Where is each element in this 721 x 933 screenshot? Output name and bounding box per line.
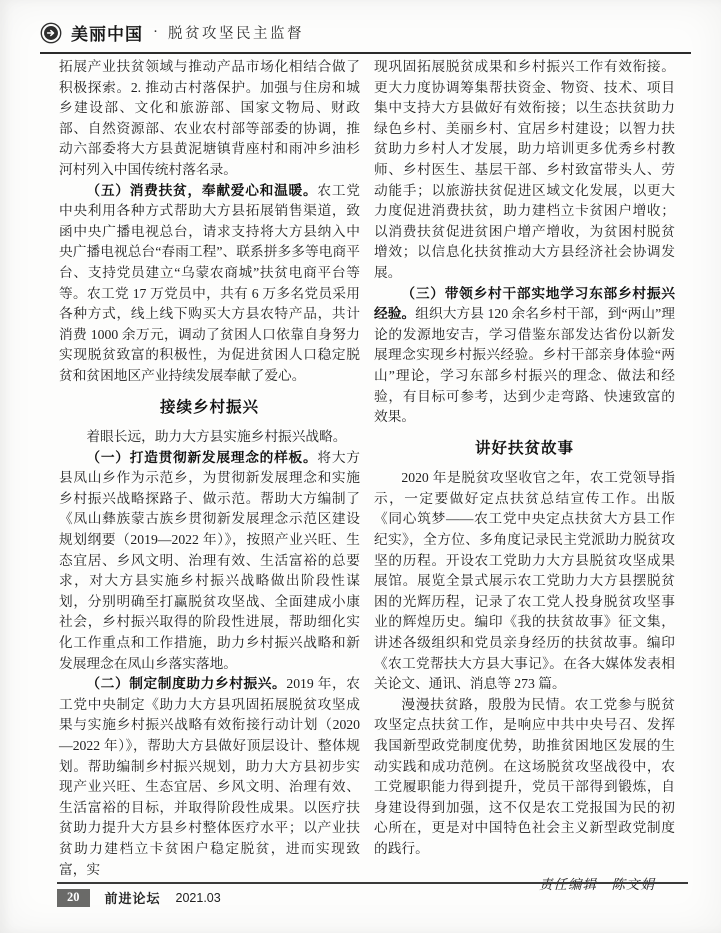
page-header: 美丽中国 · 脱贫攻坚民主监督 bbox=[40, 20, 691, 54]
section-heading: 接续乡村振兴 bbox=[59, 398, 360, 419]
issue-number: 2021.03 bbox=[176, 891, 221, 905]
page-number: 20 bbox=[57, 889, 90, 907]
journal-name: 前进论坛 bbox=[105, 888, 161, 907]
page-footer: 20 前进论坛 2021.03 bbox=[57, 882, 688, 907]
body-paragraph: 2020 年是脱贫攻坚收官之年，农工党领导指示，一定要做好定点扶贫总结宣传工作。… bbox=[374, 468, 675, 695]
right-column: 现巩固拓展脱贫成果和乡村振兴工作有效衔接。更大力度协调筹集帮扶资金、物资、技术、… bbox=[374, 57, 675, 895]
body-paragraph: 着眼长远，助力大方县实施乡村振兴战略。 bbox=[59, 427, 360, 448]
section-title: 脱贫攻坚民主监督 bbox=[168, 22, 304, 43]
header-separator: · bbox=[153, 24, 158, 41]
body-paragraph: 拓展产业扶贫领域与推动产品市场化相结合做了积极探索。2. 推动古村落保护。加强与… bbox=[59, 57, 360, 181]
paragraph-lead: （五）消费扶贫，奉献爱心和温暖。 bbox=[86, 183, 317, 198]
section-heading: 讲好扶贫故事 bbox=[374, 439, 675, 460]
journal-page: 美丽中国 · 脱贫攻坚民主监督 拓展产业扶贫领域与推动产品市场化相结合做了积极探… bbox=[0, 0, 721, 933]
body-paragraph: （二）制定制度助力乡村振兴。2019 年，农工党中央制定《助力大方县巩固拓展脱贫… bbox=[59, 674, 360, 880]
arrow-circle-icon bbox=[40, 22, 62, 44]
brand-title: 美丽中国 bbox=[71, 20, 143, 45]
paragraph-lead: （三）带领乡村干部实地学习东部乡村振兴经验。 bbox=[374, 286, 675, 322]
body-paragraph: （一）打造贯彻新发展理念的样板。将大方县凤山乡作为示范乡，为贯彻新发展理念和实施… bbox=[59, 448, 360, 675]
paragraph-lead: （一）打造贯彻新发展理念的样板。 bbox=[86, 450, 317, 465]
body-paragraph: （五）消费扶贫，奉献爱心和温暖。农工党中央利用各种方式帮助大方县拓展销售渠道，致… bbox=[59, 181, 360, 387]
article-body: 拓展产业扶贫领域与推动产品市场化相结合做了积极探索。2. 推动古村落保护。加强与… bbox=[59, 57, 675, 895]
body-paragraph: 现巩固拓展脱贫成果和乡村振兴工作有效衔接。更大力度协调筹集帮扶资金、物资、技术、… bbox=[374, 57, 675, 284]
left-column: 拓展产业扶贫领域与推动产品市场化相结合做了积极探索。2. 推动古村落保护。加强与… bbox=[59, 57, 360, 895]
body-paragraph: 漫漫扶贫路，殷殷为民情。农工党参与脱贫攻坚定点扶贫工作，是响应中共中央号召、发挥… bbox=[374, 695, 675, 860]
paragraph-lead: （二）制定制度助力乡村振兴。 bbox=[86, 676, 286, 691]
body-paragraph: （三）带领乡村干部实地学习东部乡村振兴经验。组织大方县 120 余名乡村干部，到… bbox=[374, 284, 675, 428]
